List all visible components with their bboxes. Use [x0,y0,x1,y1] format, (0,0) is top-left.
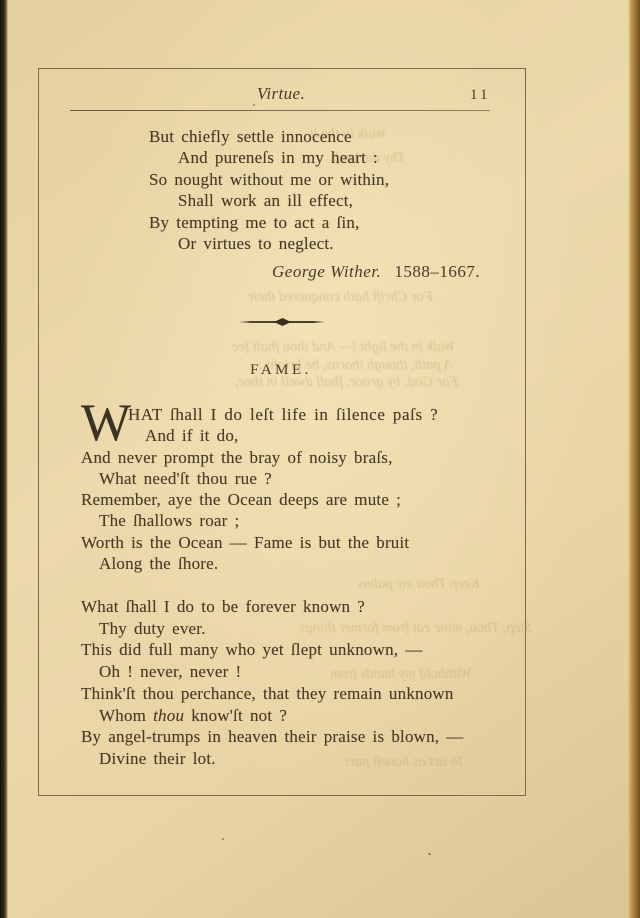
poem-line: Worth is the Ocean — Fame is but the bru… [81,532,438,553]
dropcap-w: W [81,397,131,450]
page-number: 11 [470,87,490,104]
section-heading-fame: FAME. [181,362,381,379]
poem-line: Whom thou know'ſt not ? [81,705,464,727]
poem-line: And never prompt the bray of noisy braſs… [81,447,438,468]
poem-line: Or virtues to neglect. [149,233,389,254]
divider-diamond-icon [274,318,291,326]
poem-line: Thy duty ever. [81,618,464,640]
paper-speck [222,838,224,840]
poem-line: But chiefly settle innocence [149,126,389,147]
header-rule [70,110,490,111]
poem-line: Shall work an ill effect, [149,190,389,211]
scanned-book-page: Walk in the liThy darknefsFor Chrift hat… [0,0,640,918]
poem-line: HAT ſhall I do leſt life in ſilence paſs… [81,404,438,425]
poem-line: Remember, aye the Ocean deeps are mute ; [81,489,438,510]
poem-line: And if it do, [81,425,438,446]
page-stack-edge [628,0,640,918]
poem-line: Along the ſhore. [81,553,438,574]
attribution-dates: 1588–1667. [394,262,480,281]
poem-line: By tempting me to act a ſin, [149,212,389,233]
poem-fame-stanza-1: W HAT ſhall I do leſt life in ſilence pa… [81,404,438,574]
section-divider [239,316,325,328]
poem-attribution: George Wither.1588–1667. [272,262,480,282]
running-title: Virtue. [181,84,381,104]
paper-speck [428,853,431,855]
poem-line: So nought without me or within, [149,169,389,190]
poem-line: Think'ſt thou perchance, that they remai… [81,683,464,705]
poem-line: What ſhall I do to be forever known ? [81,596,464,618]
poem-line: The ſhallows roar ; [81,510,438,531]
attribution-author: George Wither. [272,262,381,281]
poem-virtue-stanza: But chiefly settle innocenceAnd pureneſs… [149,126,389,254]
book-binding-edge [0,0,8,918]
poem-line: What need'ſt thou rue ? [81,468,438,489]
poem-line: This did full many who yet ſlept unknown… [81,639,464,661]
poem-line: By angel-trumps in heaven their praise i… [81,726,464,748]
paper-speck [253,104,255,106]
poem-line: Divine their lot. [81,748,464,770]
poem-line: And pureneſs in my heart : [149,147,389,168]
poem-line: Oh ! never, never ! [81,661,464,683]
poem-fame-stanza-2: What ſhall I do to be forever known ?Thy… [81,596,464,770]
stanza-lines: HAT ſhall I do leſt life in ſilence paſs… [81,404,438,574]
